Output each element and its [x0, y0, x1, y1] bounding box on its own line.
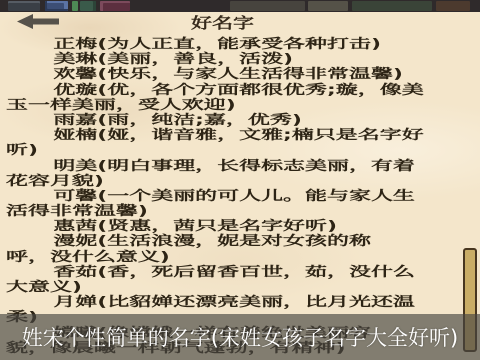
- name-line: 正梅(为人正直，能承受各种打击): [6, 35, 474, 50]
- scene-block: [80, 1, 96, 11]
- scene-block: [72, 1, 78, 11]
- page-title: 好名字: [0, 12, 480, 33]
- name-line: 雨嘉(雨，纯洁;嘉，优秀): [6, 111, 474, 126]
- name-line: 月婵(比貂婵还漂亮美丽，比月光还温: [6, 293, 474, 308]
- back-arrow-icon: [15, 13, 63, 30]
- name-line: 明美(明白事理，长得标志美丽，有着: [6, 157, 474, 172]
- name-line: 惠茜(贤惠，茜只是名字好听): [6, 217, 474, 232]
- name-line: 娅楠(娅，谐音雅，文雅;楠只是名字好: [6, 126, 474, 141]
- scene-block: [352, 1, 432, 11]
- name-line: 活得非常温馨): [6, 202, 474, 217]
- name-line: 花容月貌): [6, 172, 474, 187]
- top-scene-strip: [0, 0, 480, 12]
- scene-block: [45, 1, 68, 11]
- name-line: 优璇(优，各个方面都很优秀;璇，像美: [6, 81, 474, 96]
- note-page-screen: 好名字 正梅(为人正直，能承受各种打击)美琳(美丽，善良，活泼)欢馨(快乐，与家…: [0, 0, 480, 360]
- scene-block: [100, 1, 130, 11]
- scene-block: [308, 1, 348, 11]
- name-line: 美琳(美丽，善良，活泼): [6, 50, 474, 65]
- name-line: 呼，没什么意义): [6, 248, 474, 263]
- scene-block: [230, 1, 305, 11]
- scene-block: [436, 1, 470, 11]
- name-list: 正梅(为人正直，能承受各种打击)美琳(美丽，善良，活泼)欢馨(快乐，与家人生活得…: [0, 35, 480, 354]
- name-line: 可馨(一个美丽的可人儿。能与家人生: [6, 187, 474, 202]
- caption-text: 姓宋个性简单的名字(宋姓女孩子名字大全好听): [22, 322, 458, 352]
- name-line: 香茹(香，死后留香百世，茹，没什么: [6, 263, 474, 278]
- name-line: 大意义): [6, 278, 474, 293]
- name-line: 漫妮(生活浪漫，妮是对女孩的称: [6, 232, 474, 247]
- back-button[interactable]: [15, 13, 63, 33]
- name-line: 听): [6, 141, 474, 156]
- name-line: 玉一样美丽，受人欢迎): [6, 96, 474, 111]
- name-line: 欢馨(快乐，与家人生活得非常温馨): [6, 65, 474, 80]
- caption-bar: 姓宋个性简单的名字(宋姓女孩子名字大全好听): [0, 314, 480, 360]
- scene-block: [8, 1, 40, 11]
